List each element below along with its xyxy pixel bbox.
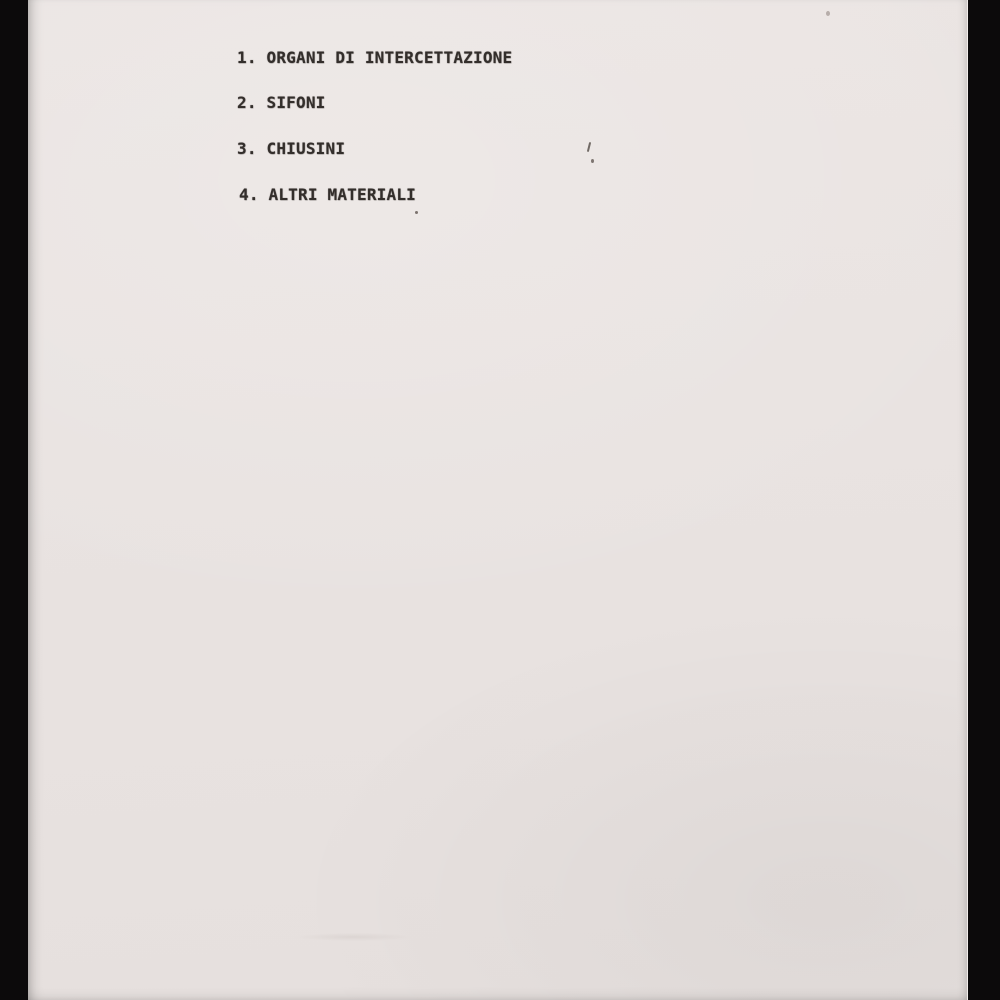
scan-background: 1. ORGANI DI INTERCETTAZIONE 2. SIFONI 3… bbox=[0, 0, 1000, 1000]
list-item-2: 2. SIFONI bbox=[237, 95, 326, 111]
list-item-4: 4. ALTRI MATERIALI bbox=[239, 187, 416, 203]
ink-mark-slash bbox=[587, 142, 591, 152]
list-item-1: 1. ORGANI DI INTERCETTAZIONE bbox=[237, 50, 512, 66]
paper-smudge bbox=[278, 932, 428, 942]
paper-speck bbox=[826, 11, 830, 16]
list-item-3: 3. CHIUSINI bbox=[237, 141, 345, 157]
ink-speck bbox=[415, 211, 418, 214]
paper-sheet: 1. ORGANI DI INTERCETTAZIONE 2. SIFONI 3… bbox=[28, 0, 968, 1000]
ink-speck bbox=[591, 159, 594, 163]
